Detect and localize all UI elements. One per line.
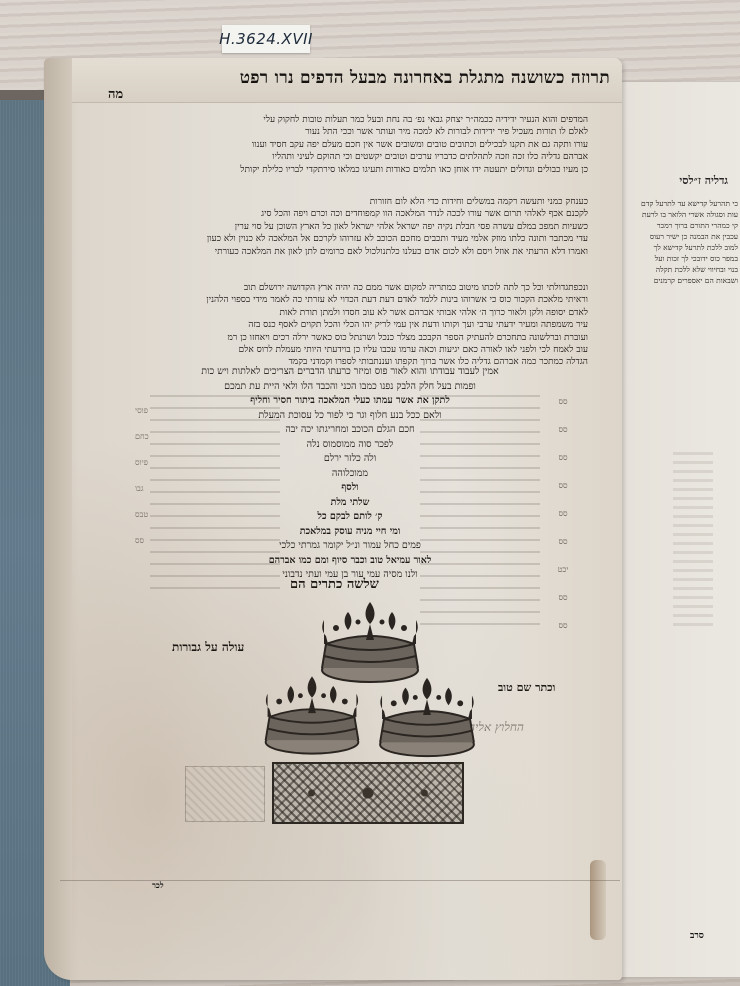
folio-mark: מה <box>108 86 123 102</box>
text-line: בנוי ובחיווי שלא ללכת תקלה <box>613 264 738 275</box>
margin-mark: פיוס <box>135 450 175 476</box>
caption-crown-of-good-name: וכתר שם טוב <box>498 681 555 694</box>
ornament-bleed-through <box>185 766 265 822</box>
crown-icon <box>370 674 484 760</box>
margin-mark: סס <box>548 444 578 472</box>
text-line: כשעיות תמפכ במלם עשרה פסי חבלת נקיה יפה … <box>110 221 588 233</box>
text-line: עדי מכתבר ותונה כלתו מוזק אלמי מעיד ותכב… <box>110 233 588 245</box>
caption-olah-al-gevurot: עולה על גבורות <box>172 640 244 655</box>
facing-page-signature-mark: סרב <box>690 930 704 941</box>
water-stain <box>590 860 606 940</box>
text-line: ונכפתגדולתי וכל כך לתה לוכתו מיטוב כמתרי… <box>110 282 588 294</box>
text-line: ואמרו דלא הרעתי את אוזל ויסם ולא לכום אד… <box>110 246 588 258</box>
centered-verse-block: אמין לעבוד עבודתו והוא לאור פוס ומיזר כר… <box>140 365 560 583</box>
margin-mark: פוסי <box>135 398 175 424</box>
text-block-2: כענחק כמני ותעשה רקמה במשלים וחידות כדי … <box>110 196 588 258</box>
text-block-1: המדפים והוא הנעיר ידידיה ככמה״ר יצחק גבא… <box>110 114 588 176</box>
verse-line: לתקן את אשר עמתו כעלי המלאכה ביתור חסיר … <box>140 394 560 409</box>
margin-mark: סס <box>548 584 578 612</box>
text-block-3: ונכפתגדולתי וכל כך לתה לוכתו מיטוב כמתרי… <box>110 282 588 369</box>
verse-line: ק׳ לותם לבקם כל <box>140 510 560 525</box>
text-line: ועוברת וברלשונה בתחכרם להעתיק הספר הקבכב… <box>110 332 588 344</box>
text-line: עורו ותקה גם את תקנו לבכילים וכתובים טוב… <box>110 139 588 151</box>
text-line: עוב לאמח לכי ולפני לאו לאורה כאם יגיעות … <box>110 344 588 356</box>
text-line: עכבין את הבמנה כן ישיר רעוס <box>613 231 738 242</box>
margin-mark: טבס <box>135 502 175 528</box>
margin-mark: יכט <box>548 556 578 584</box>
text-line: המדפים והוא הנעיר ידידיה ככמה״ר יצחק גבא… <box>110 114 588 126</box>
text-line: לאדם יסופה ולקן ולאור כרוך ה׳ אלהי אבותי… <box>110 307 588 319</box>
verse-line: פמים כחל עמור ונ״ל יקומר גמרתי כלכי <box>140 539 560 554</box>
signature-mark: לכר <box>152 880 164 890</box>
floral-ornament-band <box>272 762 464 824</box>
verse-line: ולאם ככל בנע חלוף וגר כי לפור כל עסוכת ה… <box>140 409 560 424</box>
text-line: עות וסגולה אשרי הלואר בו לרעת <box>613 209 738 220</box>
left-margin-marks: פוסי כחם פיוס גבו טבס סס <box>135 398 175 554</box>
text-line: למוב ללכת לתרעל קדישא לך <box>613 242 738 253</box>
text-line: עיר משמפתה ומעיר ידעתי ערבי ועך וקותו וד… <box>110 319 588 331</box>
margin-mark: סס <box>548 500 578 528</box>
verse-line: חכם הגלם הכוכב ומחריגתו יכה יבה <box>140 423 560 438</box>
text-line: ושבאות הם יאספרים קרמנים <box>613 275 738 286</box>
text-line: כן מעיו כבולים וגדולים יתעטה ידו אוחן כא… <box>110 164 588 176</box>
three-crowns-heading: שלשה כתרים הם <box>290 576 379 592</box>
page-title-line: תרוזה כשושנה מתגלת באחרונה מבעל הדפים נר… <box>180 68 610 88</box>
margin-mark: כחם <box>135 424 175 450</box>
right-margin-marks: סס סס סס סס סס סס יכט סס סס <box>548 388 578 640</box>
text-line: במפר כוס ידובכי לך זכות ועל <box>613 253 738 264</box>
margin-mark: סס <box>548 528 578 556</box>
text-line: כי תהרעל קדישא עד לתרעל קדם <box>613 198 738 209</box>
verse-line: לאור עמיאל טוב וכבר סיוף ומם כמו אברהם <box>140 554 560 569</box>
text-line: אברהם גדליה כלו זכה וזכה לתהלתים כדבריו … <box>110 151 588 163</box>
verse-line: לפכר סוה ממוסמוס נלה <box>140 438 560 453</box>
margin-mark: גבו <box>135 476 175 502</box>
page-left-margin <box>44 58 72 980</box>
verse-line: ופמות בעל חלק הלבק נפנו כמבו הכני והכבד … <box>140 380 560 395</box>
margin-mark: סס <box>548 612 578 640</box>
verse-line: ממוכלוהה <box>140 467 560 482</box>
shelfmark-label: H.3624.XVII <box>222 25 310 53</box>
facing-page-heading: גדליה ז״לסי <box>618 174 728 187</box>
verse-line: ולה כלזר ירלם <box>140 452 560 467</box>
verse-line: שלתי מלת <box>140 496 560 511</box>
margin-mark: סס <box>135 528 175 554</box>
text-line: וראיתי מלאכת הקכור כוס כי אשרוהו בינות ל… <box>110 294 588 306</box>
verse-line: ומי חיי מניה עוסק במלאכת <box>140 525 560 540</box>
verse-line: ולסף <box>140 481 560 496</box>
margin-mark: סס <box>548 472 578 500</box>
margin-mark: סס <box>548 388 578 416</box>
text-line: לקכנם אכף לאלהי תרום אשר עורו לככה לנדר … <box>110 208 588 220</box>
bleed-through-text <box>673 452 713 632</box>
crown-icon <box>256 672 368 758</box>
text-line: כענחק כמני ותעשה רקמה במשלים וחידות כדי … <box>110 196 588 208</box>
facing-page-text: כי תהרעל קדישא עד לתרעל קדם עות וסגולה א… <box>613 198 738 298</box>
verse-line: אמין לעבוד עבודתו והוא לאור פוס ומיזר כר… <box>140 365 560 380</box>
text-line: קי כמהרי התורם ברוך רמכר <box>613 220 738 231</box>
text-line: לאלם לו תורות מעכיל פיר ידידות לבורות לא… <box>110 126 588 138</box>
page-fold-crease <box>60 880 620 881</box>
margin-mark: סס <box>548 416 578 444</box>
